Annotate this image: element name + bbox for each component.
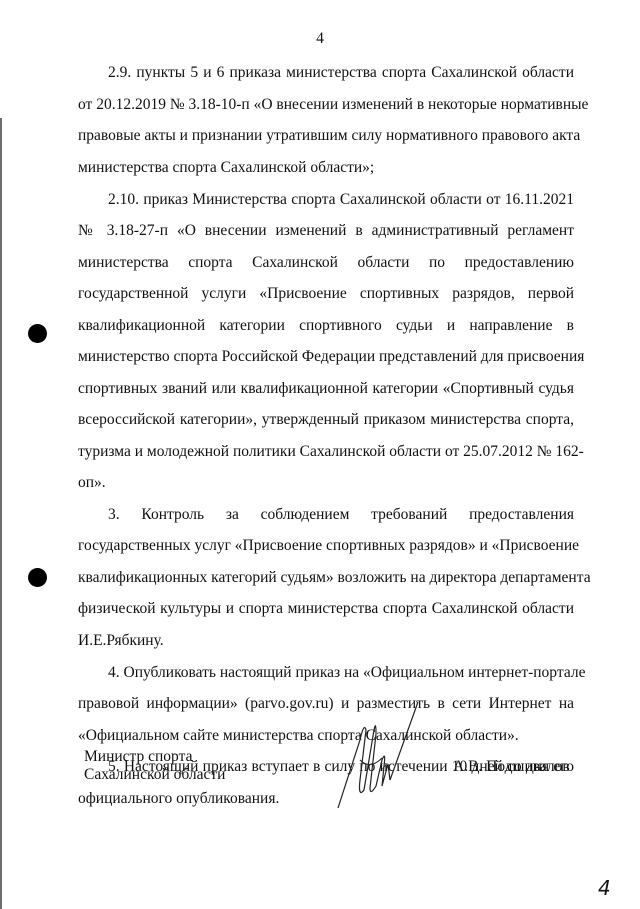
paragraph-2-9-line: правовые акты и признании утратившим сил…	[78, 127, 574, 145]
signatory-position-line1: Министр спорта	[84, 748, 225, 766]
paragraph-2-9-line: министерства спорта Сахалинской области»…	[78, 159, 574, 177]
paragraph-2-10-line: № 3.18-27-п «О внесении изменений в адми…	[78, 222, 574, 240]
paragraph-2-9-line: 2.9. пункты 5 и 6 приказа министерства с…	[108, 64, 574, 82]
paragraph-3-line: физической культуры и спорта министерств…	[78, 600, 574, 618]
punch-hole	[28, 324, 47, 343]
handwritten-page-mark: 4	[598, 876, 611, 900]
paragraph-3-line: государственных услуг «Присвоение спорти…	[78, 537, 574, 555]
paragraph-3-line: квалификационных категорий судьям» возло…	[78, 569, 574, 587]
paragraph-2-10-line: государственной услуги «Присвоение спорт…	[78, 285, 574, 303]
paragraph-4-line: правовой информации» (parvo.gov.ru) и ра…	[78, 695, 574, 713]
paragraph-2-10-line: министерства спорта Сахалинской области …	[78, 254, 574, 272]
page-number: 4	[0, 30, 640, 48]
paragraph-3-line: 3. Контроль за соблюдением требований пр…	[108, 506, 574, 524]
paragraph-2-10-line: 2.10. приказ Министерства спорта Сахалин…	[108, 191, 574, 209]
paragraph-2-10-line: туризма и молодежной политики Сахалинско…	[78, 443, 574, 461]
paragraph-2-9-line: от 20.12.2019 № 3.18-10-п «О внесении из…	[78, 96, 574, 114]
paragraph-2-10-line: всероссийской категории», утвержденный п…	[78, 411, 574, 429]
paragraph-2-10-line: министерство спорта Российской Федерации…	[78, 348, 574, 366]
handwritten-signature	[330, 700, 440, 810]
paragraph-5-line: официального опубликования.	[78, 790, 574, 808]
paragraph-3-line: И.Е.Рябкину.	[78, 632, 574, 650]
scan-left-edge	[0, 118, 2, 909]
paragraph-2-10-line: спортивных званий или квалификационной к…	[78, 380, 574, 398]
paragraph-2-10-line: квалификационной категории спортивного с…	[78, 317, 574, 335]
signatory-name: А.В. Подшивалов	[453, 758, 570, 776]
signatory-position-line2: Сахалинской области	[84, 766, 225, 784]
signatory-position: Министр спорта Сахалинской области	[84, 748, 225, 784]
paragraph-2-10-line: оп».	[78, 474, 574, 492]
punch-hole	[28, 568, 47, 587]
paragraph-4-line: 4. Опубликовать настоящий приказ на «Офи…	[108, 664, 574, 682]
paragraph-4-line: «Официальном сайте министерства спорта С…	[78, 727, 574, 745]
